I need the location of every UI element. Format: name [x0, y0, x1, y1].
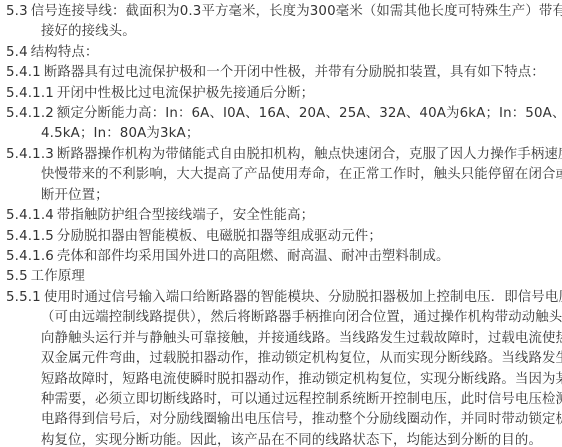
section-5-3-cont: 接好的接线头。: [41, 22, 136, 42]
section-5-4-1: 5.4.1断路器具有过电流保护极和一个开闭中性极，并带有分励脱扣装置，具有如下特…: [6, 63, 545, 83]
section-5-4-1-2: 5.4.1.2额定分断能力高：In：6A、I0A、16A、20A、25A、32A…: [6, 104, 562, 124]
section-5-5-1-cont-2: 向静触头运行并与静触头可靠接触，并接通线路。当线路发生过载故障时，过载电流使热: [41, 329, 562, 349]
section-5-4-1-2-cont: 4.5kA；In：80A为3kA；: [41, 124, 199, 144]
section-5-5-1-cont-4: 短路故障时，短路电流使瞬时脱扣器动作，推动锁定机构复位，实现分断线路。当因为某: [41, 370, 562, 390]
section-5-5-1: 5.5.1使用时通过信号输入端口给断路器的智能模块、分励脱扣器极加上控制电压．即…: [6, 288, 562, 308]
section-5-4-1-3: 5.4.1.3断路器操作机构为带储能式自由脱扣机构，触点快速闭合，克服了因人力操…: [6, 145, 562, 165]
section-5-4-heading: 5.4结构特点：: [6, 43, 98, 63]
section-5-4-1-3-cont-2: 断开位置；: [41, 186, 109, 206]
section-5-5-heading: 5.5工作原理: [6, 267, 85, 287]
section-5-4-1-6: 5.4.1.6壳体和部件均采用国外进口的高阻燃、耐高温、耐冲击塑料制成。: [6, 247, 450, 267]
section-5-5-1-cont-7: 构复位，实现分断功能。因此，该产品在不同的线路状态下，均能达到分断的目的。: [41, 431, 542, 447]
section-5-5-1-cont-5: 种需要，必须立即切断线路时，可以通过远程控制系统断开控制电压，此时信号电压检测: [41, 390, 562, 410]
section-5-4-1-4: 5.4.1.4带指触防护组合型接线端子，安全性能高；: [6, 206, 314, 226]
section-5-4-1-5: 5.4.1.5分励脱扣器由智能模板、电磁脱扣器等组成驱动元件；: [6, 227, 382, 247]
section-5-5-1-cont-6: 电路得到信号后，对分励线圈输出电压信号，推动整个分励线圈动作，并同时带动锁定机: [41, 410, 562, 430]
section-5-5-1-cont-3: 双金属元件弯曲，过载脱扣器动作，推动锁定机构复位，从而实现分断线路。当线路发生: [41, 349, 562, 369]
section-5-5-1-cont-1: （可由远端控制线路提供），然后将断路器手柄推向闭合位置，通过操作机构带动动触头: [41, 308, 562, 328]
section-5-3: 5.3信号连接导线：截面积为0.3平方毫米，长度为300毫米（如需其他长度可特殊…: [6, 2, 562, 22]
section-5-4-1-3-cont-1: 快慢带来的不利影响，大大提高了产品使用寿命，在正常工作时，触头只能停留在闭合或: [41, 165, 562, 185]
section-5-4-1-1: 5.4.1.1开闭中性极比过电流保护极先接通后分断；: [6, 84, 314, 104]
